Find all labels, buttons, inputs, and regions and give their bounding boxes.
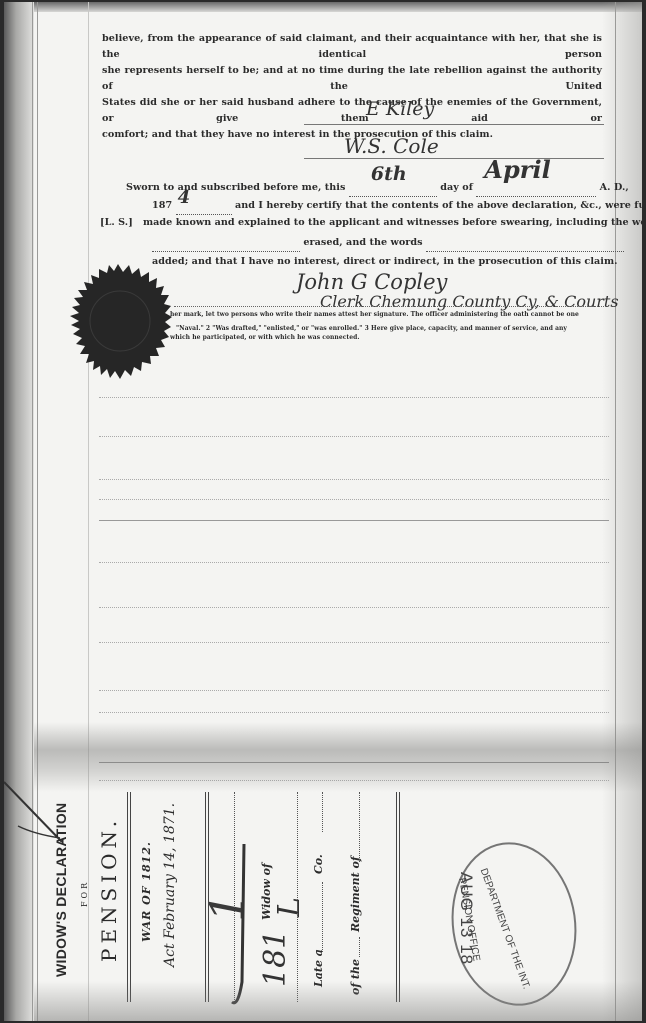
day-value: 6th [371, 166, 407, 182]
page-edge-shadow [4, 2, 642, 12]
day-of-text: day of [440, 182, 473, 193]
paragraph-line: she represents herself to be; and at no … [102, 63, 602, 95]
margin-rule [88, 2, 89, 1021]
margin-rule [37, 2, 38, 1021]
fold-stain [34, 722, 642, 792]
docket-rule [396, 792, 400, 1002]
signature-line [304, 158, 604, 159]
docket-rule [127, 792, 131, 1002]
docket-co: Co. [312, 854, 325, 874]
added-field [426, 235, 624, 252]
ledger-line [99, 520, 609, 522]
paragraph-line: believe, from the appearance of said cla… [102, 31, 602, 63]
docket-dotted-rule [297, 792, 298, 1002]
jurat-line-1: Sworn to and subscribed before me, this … [126, 180, 629, 197]
jurat-line-2: 187 4 and I hereby certify that the cont… [152, 198, 642, 215]
sworn-text: Sworn to and subscribed before me, this [126, 182, 345, 193]
added-text: added; and that I have no interest, dire… [152, 256, 618, 267]
officer-title: Clerk Chemung County Cy, & Courts [320, 292, 619, 311]
docket-field-line [359, 937, 360, 957]
docket-widow-number: 181 [258, 930, 293, 987]
document-page: believe, from the appearance of said cla… [4, 2, 642, 1021]
pen-stroke-icon [4, 772, 84, 862]
erased-text: erased, and the words [303, 237, 422, 248]
erased-field [152, 235, 300, 252]
year-digit: 4 [178, 190, 191, 206]
ledger-line [99, 690, 609, 692]
ledger-line [99, 397, 609, 399]
ledger-line [99, 642, 609, 644]
paragraph-line: States did she or her said husband adher… [102, 95, 602, 127]
ad-text: A. D., [600, 182, 629, 193]
ledger-line [99, 712, 609, 714]
docket-for: FOR [80, 880, 89, 907]
docket-widow-initial: L [272, 897, 307, 917]
signature-line [174, 306, 604, 307]
explained-text: made known and explained to the applican… [143, 217, 642, 228]
docket-regiment-of: Regiment of [349, 856, 362, 932]
year-prefix: 187 [152, 200, 172, 211]
officer-signature: John G Copley [296, 270, 447, 294]
witness-signature-1: E Kiley [366, 98, 434, 120]
docket-act: Act February 14, 1871. [162, 803, 178, 967]
footnote-1: her mark, let two persons who write thei… [170, 310, 579, 320]
docket-field-line [322, 882, 323, 952]
page-stain [602, 2, 642, 1021]
declaration-paragraph: believe, from the appearance of said cla… [102, 31, 602, 143]
footnote-3: which he participated, or with which he … [170, 333, 360, 343]
docket-title: WIDOW'S DECLARATION [53, 803, 69, 977]
page-binding-edge [4, 2, 34, 1021]
docket-field-line [359, 792, 360, 862]
witness-signature-2: W.S. Cole [344, 134, 439, 158]
jurat-line-5: added; and that I have no interest, dire… [152, 254, 618, 270]
ls-marker: [L. S.] [100, 217, 133, 228]
notary-seal-icon [64, 264, 172, 380]
month-value: April [484, 162, 551, 178]
ledger-line [99, 562, 609, 564]
year-field: 4 [176, 198, 232, 215]
ledger-line [99, 499, 609, 501]
certify-text: and I hereby certify that the contents o… [235, 200, 642, 211]
docket-war: WAR OF 1812. [140, 841, 153, 942]
ledger-line [99, 436, 609, 438]
day-field: 6th [349, 180, 437, 197]
docket-pension: PENSION. [97, 816, 121, 962]
jurat-line-3: [L. S.] made known and explained to the … [100, 215, 642, 231]
jurat-line-4: erased, and the words [152, 235, 624, 252]
bottom-stain [34, 981, 642, 1021]
signature-line [304, 124, 604, 125]
margin-rule [32, 2, 33, 1021]
margin-rule-right [615, 2, 616, 1021]
month-field: April [476, 180, 596, 197]
ledger-line [99, 607, 609, 609]
docket-field-line [322, 792, 323, 832]
ledger-line [99, 479, 609, 481]
